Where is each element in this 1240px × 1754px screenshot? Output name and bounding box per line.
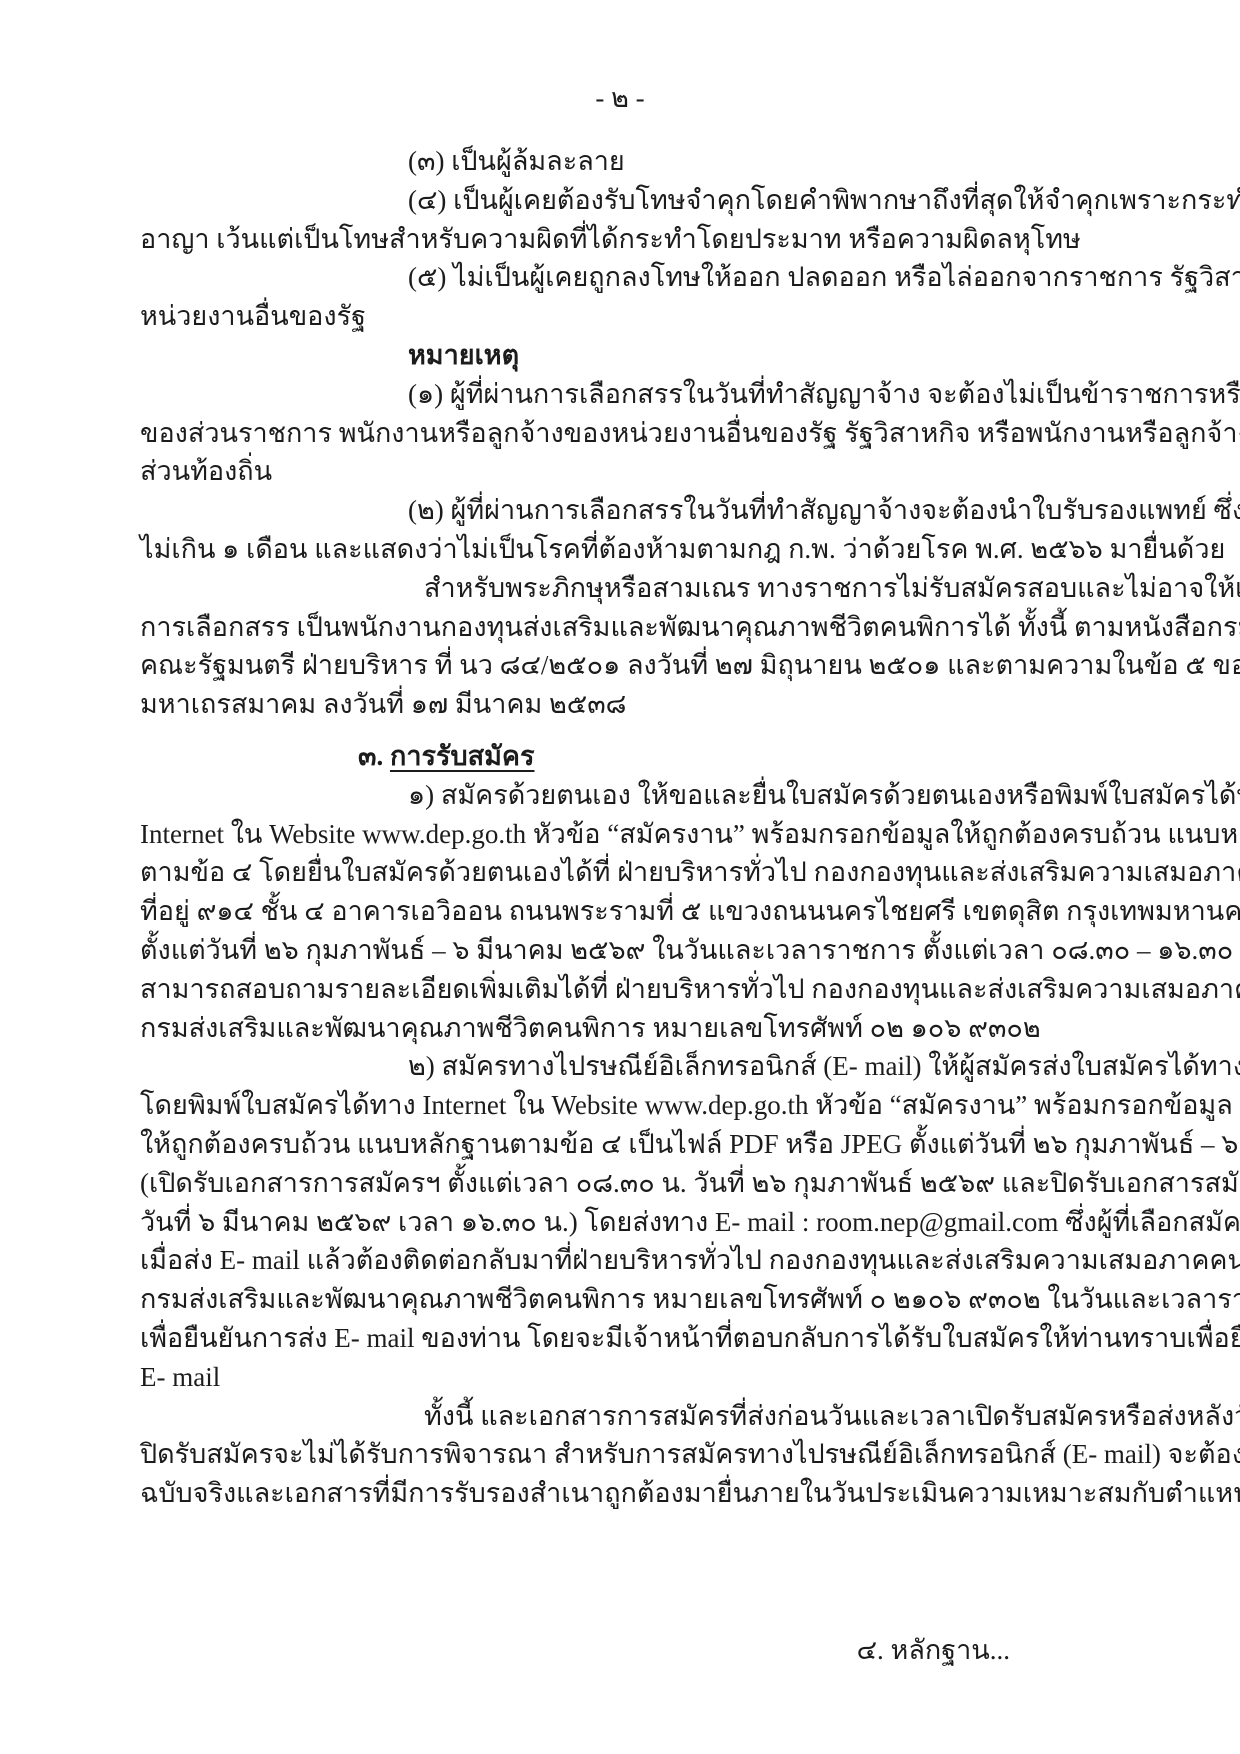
text-line: สำหรับพระภิกษุหรือสามเณร ทางราชการไม่รับ… (140, 569, 1010, 608)
section-number: ๓. (358, 741, 390, 771)
text-line: การเลือกสรร เป็นพนักงานกองทุนส่งเสริมและ… (140, 608, 1010, 647)
text-line: Internet ใน Website www.dep.go.th หัวข้อ… (140, 815, 1010, 854)
text-line: (เปิดรับเอกสารการสมัครฯ ตั้งแต่เวลา ๐๘.๓… (140, 1164, 1010, 1203)
text-line: (๕) ไม่เป็นผู้เคยถูกลงโทษให้ออก ปลดออก ห… (140, 258, 1010, 297)
section-heading: ๓. การรับสมัคร (140, 737, 1010, 776)
text-line: กรมส่งเสริมและพัฒนาคุณภาพชีวิตคนพิการ หม… (140, 1280, 1010, 1319)
text-line: ตั้งแต่วันที่ ๒๖ กุมภาพันธ์ – ๖ มีนาคม ๒… (140, 931, 1010, 970)
text-line: อาญา เว้นแต่เป็นโทษสำหรับความผิดที่ได้กร… (140, 220, 1010, 259)
text-line: ตามข้อ ๔ โดยยื่นใบสมัครด้วยตนเองได้ที่ ฝ… (140, 853, 1010, 892)
text-line: คณะรัฐมนตรี ฝ่ายบริหาร ที่ นว ๘๔/๒๕๐๑ ลง… (140, 646, 1010, 685)
text-line: E- mail (140, 1358, 1010, 1397)
text-line: ไม่เกิน ๑ เดือน และแสดงว่าไม่เป็นโรคที่ต… (140, 530, 1010, 569)
text-line: ๒) สมัครทางไปรษณีย์อิเล็กทรอนิกส์ (E- ma… (140, 1047, 1010, 1086)
text-line: ส่วนท้องถิ่น (140, 452, 1010, 491)
text-line: ให้ถูกต้องครบถ้วน แนบหลักฐานตามข้อ ๔ เป็… (140, 1125, 1010, 1164)
text-line: ของส่วนราชการ พนักงานหรือลูกจ้างของหน่วย… (140, 414, 1010, 453)
text-line: หน่วยงานอื่นของรัฐ (140, 297, 1010, 336)
text-line: สามารถสอบถามรายละเอียดเพิ่มเติมได้ที่ ฝ่… (140, 970, 1010, 1009)
text-line: โดยพิมพ์ใบสมัครได้ทาง Internet ใน Websit… (140, 1086, 1010, 1125)
text-line: มหาเถรสมาคม ลงวันที่ ๑๗ มีนาคม ๒๕๓๘ (140, 685, 1010, 724)
text-line: (๑) ผู้ที่ผ่านการเลือกสรรในวันที่ทำสัญญา… (140, 375, 1010, 414)
text-line: กรมส่งเสริมและพัฒนาคุณภาพชีวิตคนพิการ หม… (140, 1009, 1010, 1048)
text-line: เมื่อส่ง E- mail แล้วต้องติดต่อกลับมาที่… (140, 1241, 1010, 1280)
continuation-note: ๔. หลักฐาน... (857, 1628, 1010, 1671)
page-number: - ๒ - (0, 0, 1240, 114)
text-line: ฉบับจริงและเอกสารที่มีการรับรองสำเนาถูกต… (140, 1474, 1010, 1513)
text-line: (๓) เป็นผู้ล้มละลาย (140, 142, 1010, 181)
text-line: เพื่อยืนยันการส่ง E- mail ของท่าน โดยจะม… (140, 1319, 1010, 1358)
text-line: (๒) ผู้ที่ผ่านการเลือกสรรในวันที่ทำสัญญา… (140, 491, 1010, 530)
text-line: ๑) สมัครด้วยตนเอง ให้ขอและยื่นใบสมัครด้ว… (140, 776, 1010, 815)
text-line: วันที่ ๖ มีนาคม ๒๕๖๙ เวลา ๑๖.๓๐ น.) โดยส… (140, 1203, 1010, 1242)
text-line: หมายเหตุ (140, 336, 1010, 375)
section-title: การรับสมัคร (390, 741, 535, 771)
text-line: ที่อยู่ ๙๑๔ ชั้น ๔ อาคารเอวิออน ถนนพระรา… (140, 892, 1010, 931)
text-line: ปิดรับสมัครจะไม่ได้รับการพิจารณา สำหรับก… (140, 1435, 1010, 1474)
document-body: (๓) เป็นผู้ล้มละลาย(๔) เป็นผู้เคยต้องรับ… (140, 142, 1010, 1513)
text-line: ทั้งนี้ และเอกสารการสมัครที่ส่งก่อนวันแล… (140, 1397, 1010, 1436)
document-page: - ๒ - (๓) เป็นผู้ล้มละลาย(๔) เป็นผู้เคยต… (0, 0, 1240, 1754)
text-line: (๔) เป็นผู้เคยต้องรับโทษจำคุกโดยคำพิพากษ… (140, 181, 1010, 220)
